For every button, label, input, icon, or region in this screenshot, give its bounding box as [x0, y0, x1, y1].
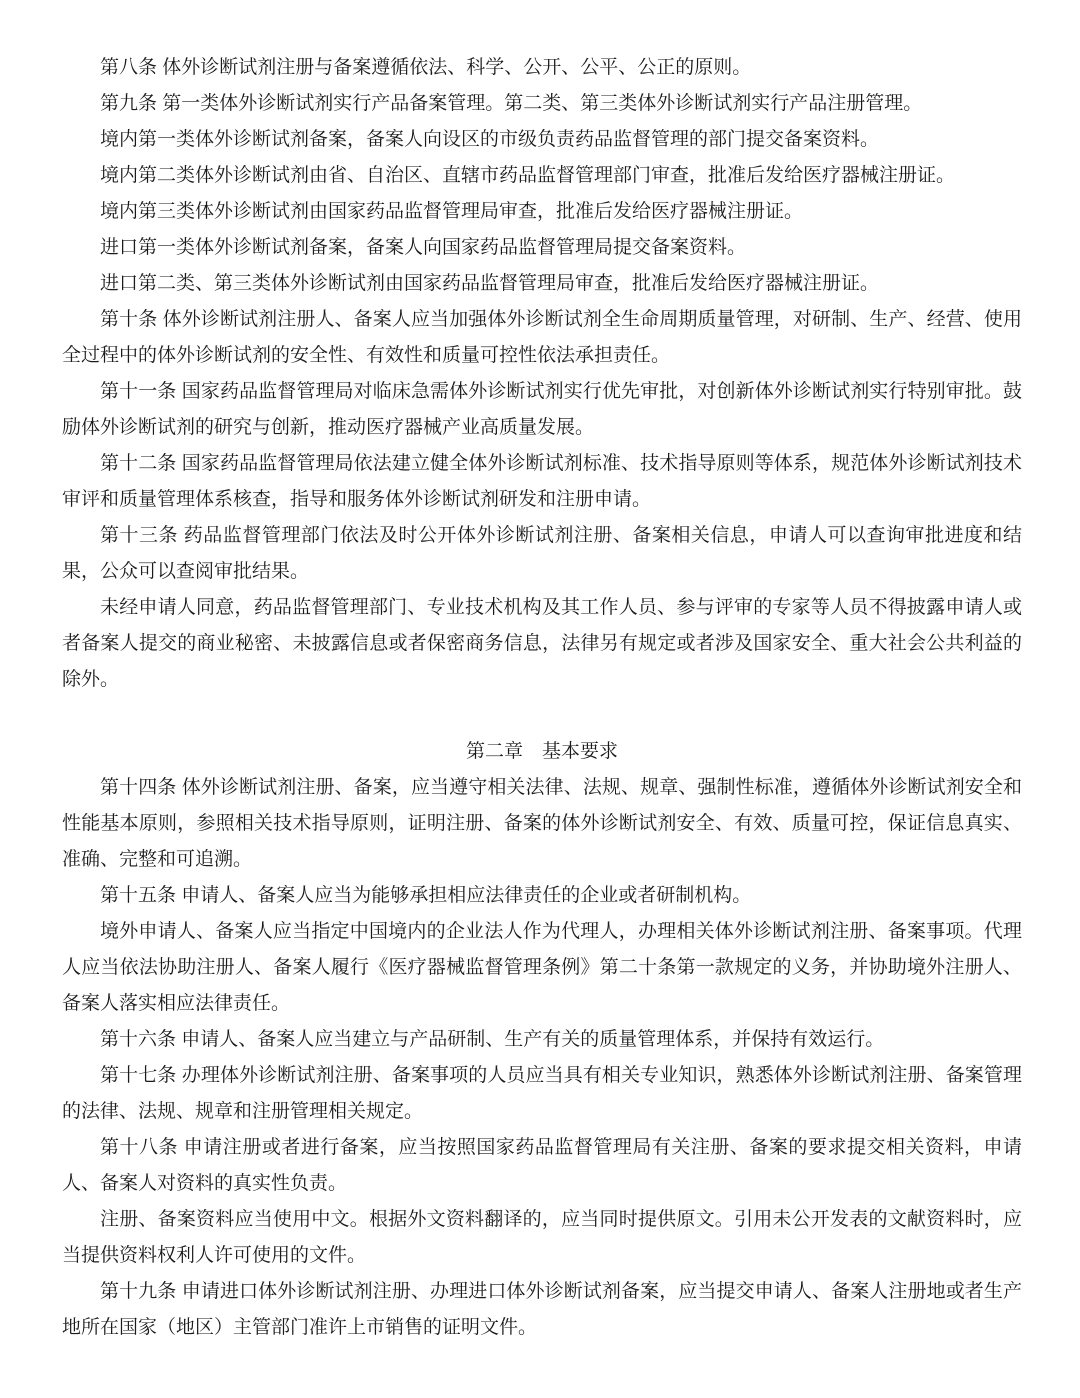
chapter-heading: 第二章 基本要求 — [62, 734, 1022, 770]
body-paragraph: 第十六条 申请人、备案人应当建立与产品研制、生产有关的质量管理体系，并保持有效运… — [62, 1022, 1022, 1058]
body-paragraph: 第十七条 办理体外诊断试剂注册、备案事项的人员应当具有相关专业知识，熟悉体外诊断… — [62, 1058, 1022, 1130]
body-paragraph: 第十九条 申请进口体外诊断试剂注册、办理进口体外诊断试剂备案，应当提交申请人、备… — [62, 1274, 1022, 1346]
body-paragraph: 第十八条 申请注册或者进行备案，应当按照国家药品监督管理局有关注册、备案的要求提… — [62, 1130, 1022, 1202]
body-paragraph: 未经申请人同意，药品监督管理部门、专业技术机构及其工作人员、参与评审的专家等人员… — [62, 590, 1022, 698]
body-paragraph: 第十二条 国家药品监督管理局依法建立健全体外诊断试剂标准、技术指导原则等体系，规… — [62, 446, 1022, 518]
body-paragraph: 第十四条 体外诊断试剂注册、备案，应当遵守相关法律、法规、规章、强制性标准，遵循… — [62, 770, 1022, 878]
body-paragraph: 第八条 体外诊断试剂注册与备案遵循依法、科学、公开、公平、公正的原则。 — [62, 50, 1022, 86]
body-paragraph: 第九条 第一类体外诊断试剂实行产品备案管理。第二类、第三类体外诊断试剂实行产品注… — [62, 86, 1022, 122]
body-paragraph: 进口第一类体外诊断试剂备案，备案人向国家药品监督管理局提交备案资料。 — [62, 230, 1022, 266]
body-paragraph: 第十三条 药品监督管理部门依法及时公开体外诊断试剂注册、备案相关信息，申请人可以… — [62, 518, 1022, 590]
body-paragraph: 第十五条 申请人、备案人应当为能够承担相应法律责任的企业或者研制机构。 — [62, 878, 1022, 914]
body-paragraph: 境内第三类体外诊断试剂由国家药品监督管理局审查，批准后发给医疗器械注册证。 — [62, 194, 1022, 230]
document-body: 第八条 体外诊断试剂注册与备案遵循依法、科学、公开、公平、公正的原则。第九条 第… — [62, 50, 1022, 1346]
body-paragraph: 第十一条 国家药品监督管理局对临床急需体外诊断试剂实行优先审批，对创新体外诊断试… — [62, 374, 1022, 446]
legal-document-page: 第八条 体外诊断试剂注册与备案遵循依法、科学、公开、公平、公正的原则。第九条 第… — [0, 0, 1080, 1398]
body-paragraph: 进口第二类、第三类体外诊断试剂由国家药品监督管理局审查，批准后发给医疗器械注册证… — [62, 266, 1022, 302]
body-paragraph: 境外申请人、备案人应当指定中国境内的企业法人作为代理人，办理相关体外诊断试剂注册… — [62, 914, 1022, 1022]
body-paragraph: 注册、备案资料应当使用中文。根据外文资料翻译的，应当同时提供原文。引用未公开发表… — [62, 1202, 1022, 1274]
body-paragraph: 第十条 体外诊断试剂注册人、备案人应当加强体外诊断试剂全生命周期质量管理，对研制… — [62, 302, 1022, 374]
body-paragraph: 境内第二类体外诊断试剂由省、自治区、直辖市药品监督管理部门审查，批准后发给医疗器… — [62, 158, 1022, 194]
body-paragraph: 境内第一类体外诊断试剂备案，备案人向设区的市级负责药品监督管理的部门提交备案资料… — [62, 122, 1022, 158]
